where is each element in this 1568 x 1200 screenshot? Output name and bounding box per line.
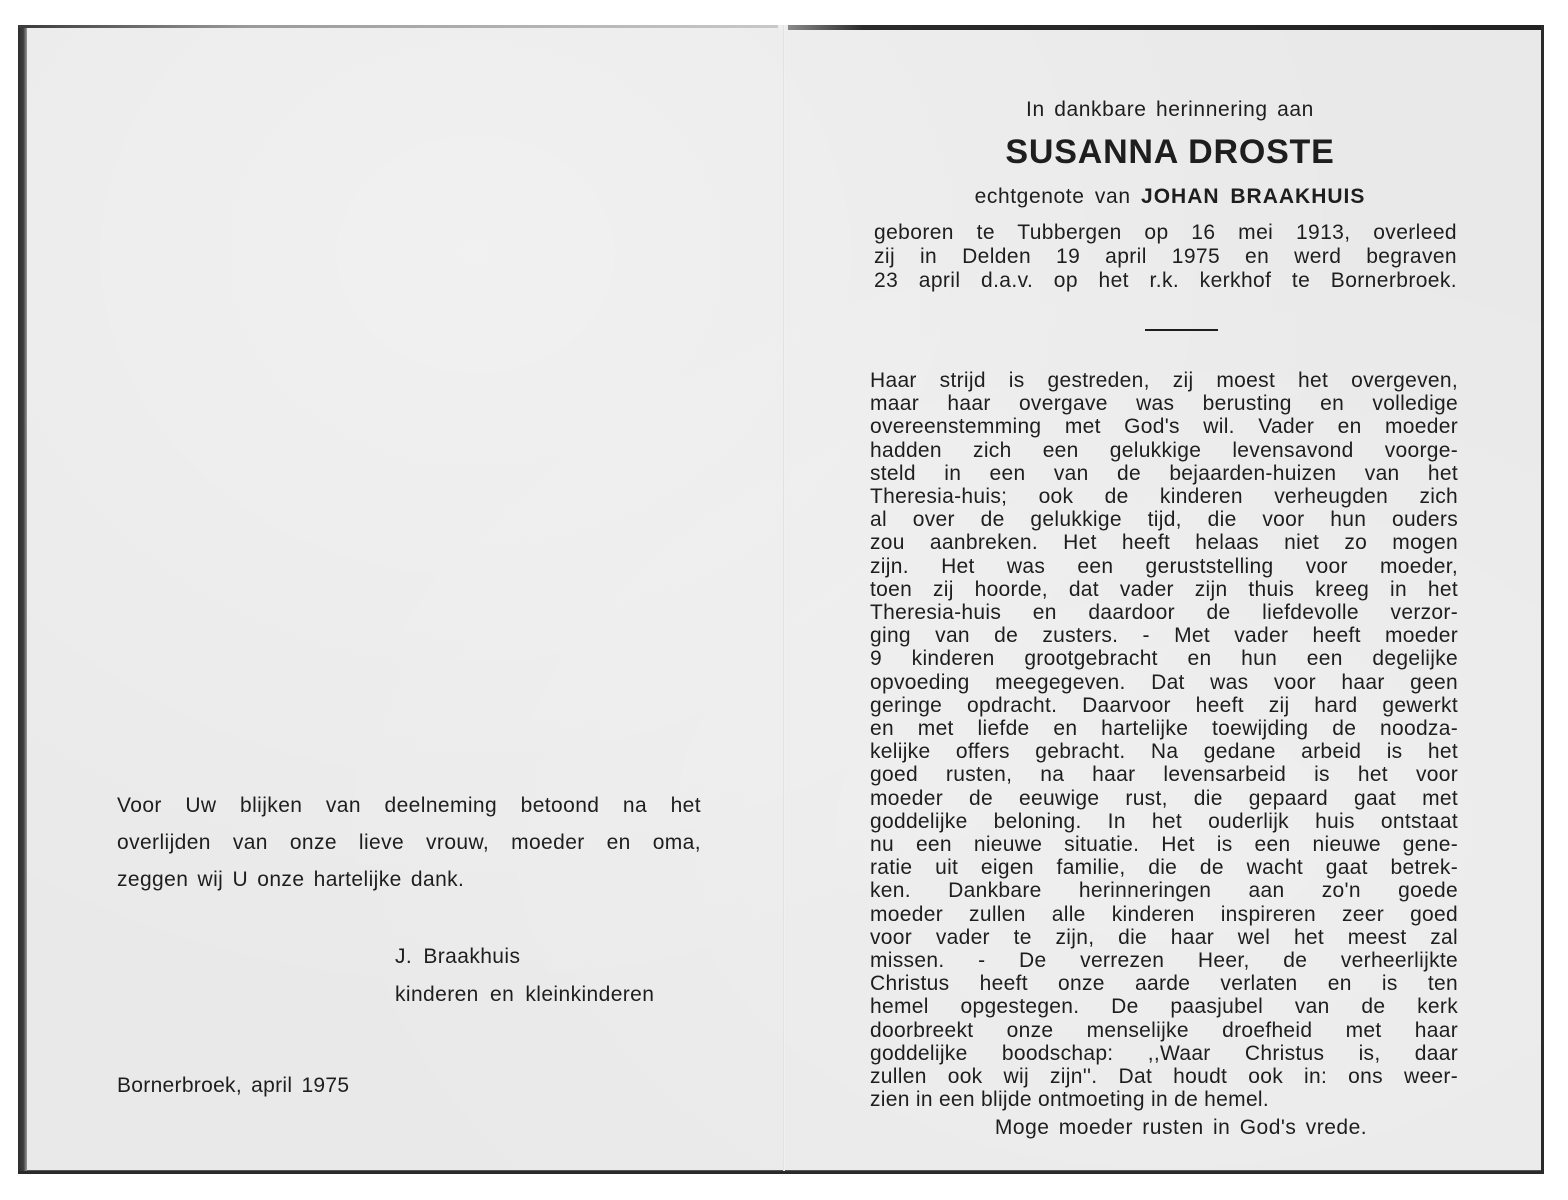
tribute-line: en met liefde en hartelijke toewijding d…	[870, 717, 1458, 740]
tribute-line: ratie uit eigen familie, die de wacht ga…	[870, 856, 1458, 879]
thanks-line: overlijden van onze lieve vrouw, moeder …	[117, 824, 701, 861]
memorial-card: Voor Uw blijken van deelneming betoond n…	[18, 25, 1544, 1174]
tribute-line: doorbreekt onze menselijke droefheid met…	[870, 1019, 1458, 1042]
closing-line: Moge moeder rusten in God's vrede.	[785, 1116, 1555, 1140]
tribute-line: voor vader te zijn, die haar wel het mee…	[870, 926, 1458, 949]
bio-line: geboren te Tubbergen op 16 mei 1913, ove…	[874, 221, 1457, 245]
tribute-line: moeder zullen alle kinderen inspireren z…	[870, 903, 1458, 926]
tribute-line: missen. - De verrezen Heer, de verheerli…	[870, 949, 1458, 972]
signature-name: J. Braakhuis	[395, 938, 654, 976]
tribute-line: moeder de eeuwige rust, die gepaard gaat…	[870, 787, 1458, 810]
tribute-line: Theresia-huis; ook de kinderen verheugde…	[870, 485, 1458, 508]
tribute-line: steld in een van de bejaarden-huizen van…	[870, 462, 1458, 485]
tribute-line: nu een nieuwe situatie. Het is een nieuw…	[870, 833, 1458, 856]
divider	[1145, 329, 1218, 331]
spouse-prefix: echtgenote van	[975, 185, 1131, 208]
tribute-line: Theresia-huis en daardoor de liefdevolle…	[870, 601, 1458, 624]
tribute-line: Christus heeft onze aarde verlaten en is…	[870, 972, 1458, 995]
tribute-line: zijn. Het was een geruststelling voor mo…	[870, 555, 1458, 578]
tribute-line: zullen ook wij zijn''. Dat houdt ook in:…	[870, 1065, 1458, 1088]
signature: J. Braakhuis kinderen en kleinkinderen	[395, 938, 654, 1014]
tribute-line: al over de gelukkige tijd, die voor hun …	[870, 508, 1458, 531]
signature-family: kinderen en kleinkinderen	[395, 976, 654, 1014]
right-panel: In dankbare herinnering aan SUSANNA DROS…	[785, 25, 1544, 1171]
tribute-line: ken. Dankbare herinneringen aan zo'n goe…	[870, 879, 1458, 902]
bio-line: 23 april d.a.v. op het r.k. kerkhof te B…	[874, 269, 1457, 293]
tribute-line: zien in een blijde ontmoeting in de heme…	[870, 1088, 1458, 1111]
tribute-line: hadden zich een gelukkige levensavond vo…	[870, 439, 1458, 462]
tribute-line: goed rusten, na haar levensarbeid is het…	[870, 763, 1458, 786]
left-panel: Voor Uw blijken van deelneming betoond n…	[18, 25, 783, 1171]
biography: geboren te Tubbergen op 16 mei 1913, ove…	[874, 221, 1457, 293]
bio-line: zij in Delden 19 april 1975 en werd begr…	[874, 245, 1457, 269]
spouse-line: echtgenote van JOHAN BRAAKHUIS	[785, 185, 1555, 209]
thanks-line: Voor Uw blijken van deelneming betoond n…	[117, 787, 701, 824]
tribute-line: ging van de zusters. - Met vader heeft m…	[870, 624, 1458, 647]
tribute-line: kelijke offers gebracht. Na gedane arbei…	[870, 740, 1458, 763]
thanks-message: Voor Uw blijken van deelneming betoond n…	[117, 787, 701, 898]
tribute-line: opvoeding meegegeven. Dat was voor haar …	[870, 671, 1458, 694]
tribute-line: maar haar overgave was berusting en voll…	[870, 392, 1458, 415]
tribute-line: Haar strijd is gestreden, zij moest het …	[870, 369, 1458, 392]
tribute-line: geringe opdracht. Daarvoor heeft zij har…	[870, 694, 1458, 717]
place-date: Bornerbroek, april 1975	[117, 1074, 349, 1098]
spouse-name: JOHAN BRAAKHUIS	[1141, 185, 1365, 208]
tribute-line: overeenstemming met God's wil. Vader en …	[870, 415, 1458, 438]
thanks-line: zeggen wij U onze hartelijke dank.	[117, 861, 701, 898]
tribute-line: toen zij hoorde, dat vader zijn thuis kr…	[870, 578, 1458, 601]
tribute-line: goddelijke boodschap: ,,Waar Christus is…	[870, 1042, 1458, 1065]
tribute-line: hemel opgestegen. De paasjubel van de ke…	[870, 995, 1458, 1018]
deceased-name: SUSANNA DROSTE	[785, 133, 1555, 172]
intro-line: In dankbare herinnering aan	[785, 98, 1555, 122]
tribute-line: goddelijke beloning. In het ouderlijk hu…	[870, 810, 1458, 833]
tribute-text: Haar strijd is gestreden, zij moest het …	[870, 369, 1458, 1112]
tribute-line: zou aanbreken. Het heeft helaas niet zo …	[870, 531, 1458, 554]
tribute-line: 9 kinderen grootgebracht en hun een dege…	[870, 647, 1458, 670]
